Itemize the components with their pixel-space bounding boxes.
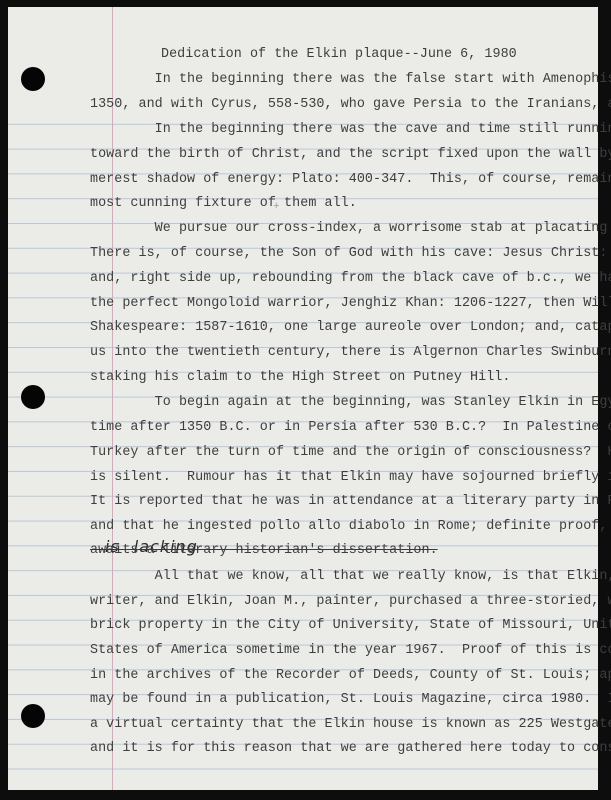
- text-line: States of America sometime in the year 1…: [90, 643, 611, 658]
- text-line: a virtual certainty that the Elkin house…: [90, 717, 611, 732]
- text-line: toward the birth of Christ, and the scri…: [90, 147, 611, 162]
- text-line: staking his claim to the High Street on …: [90, 370, 510, 385]
- text-line: is silent. Rumour has it that Elkin may …: [90, 470, 611, 485]
- text-line: may be found in a publication, St. Louis…: [90, 692, 611, 707]
- text-line: and that he ingested pollo allo diabolo …: [90, 519, 611, 534]
- text-line: most cunning fixture of them all.: [90, 196, 357, 211]
- text-line: and it is for this reason that we are ga…: [90, 741, 611, 756]
- text-line: In the beginning there was the false sta…: [90, 72, 611, 87]
- punch-hole-top: [21, 67, 45, 91]
- typed-page: Dedication of the Elkin plaque--June 6, …: [8, 7, 598, 790]
- text-line: 1350, and with Cyrus, 558-530, who gave …: [90, 97, 611, 112]
- text-line: and, right side up, rebounding from the …: [90, 271, 611, 286]
- text-line: in the archives of the Recorder of Deeds…: [90, 668, 611, 683]
- text-line: merest shadow of energy: Plato: 400-347.…: [90, 172, 611, 187]
- text-line: Shakespeare: 1587-1610, one large aureol…: [90, 320, 611, 335]
- punch-hole-bottom: [21, 704, 45, 728]
- text-line: Turkey after the turn of time and the or…: [90, 445, 611, 460]
- struck-text-line: awaits a literary historian's dissertati…: [90, 543, 438, 558]
- text-line: We pursue our cross-index, a worrisome s…: [90, 221, 611, 236]
- text-line: brick property in the City of University…: [90, 618, 611, 633]
- text-line: writer, and Elkin, Joan M., painter, pur…: [90, 594, 611, 609]
- text-line: In the beginning there was the cave and …: [90, 122, 611, 137]
- text-line: There is, of course, the Son of God with…: [90, 246, 611, 261]
- margin-mark: +: [273, 201, 280, 213]
- text-line: To begin again at the beginning, was Sta…: [90, 395, 611, 410]
- text-line: time after 1350 B.C. or in Persia after …: [90, 420, 611, 435]
- text-line: It is reported that he was in attendance…: [90, 494, 611, 509]
- document-title: Dedication of the Elkin plaque--June 6, …: [161, 47, 517, 62]
- punch-hole-middle: [21, 385, 45, 409]
- text-line: the perfect Mongoloid warrior, Jenghiz K…: [90, 296, 611, 311]
- text-line: us into the twentieth century, there is …: [90, 345, 611, 360]
- text-line: All that we know, all that we really kno…: [90, 569, 611, 584]
